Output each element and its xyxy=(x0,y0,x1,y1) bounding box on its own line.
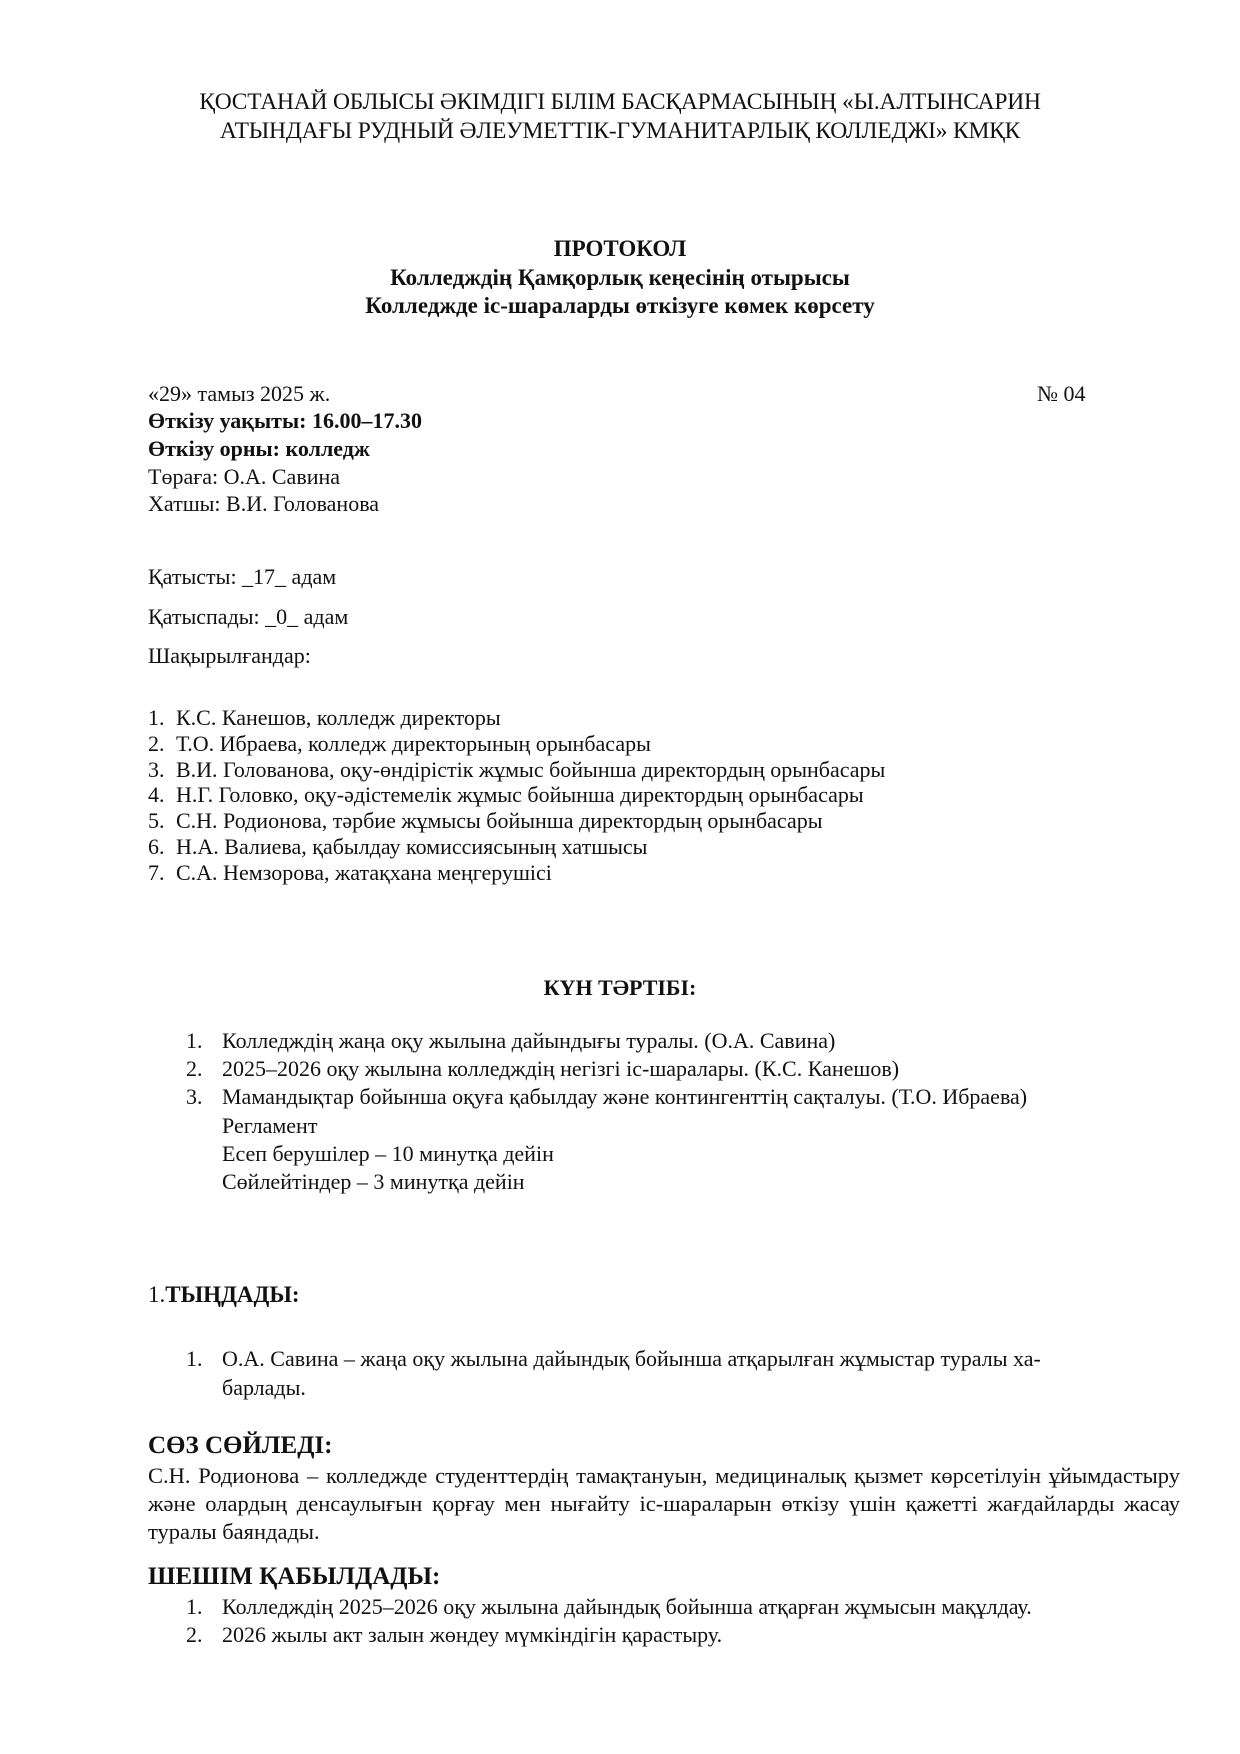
agenda-item-number: 1. xyxy=(186,1027,203,1054)
decision-item-text: 2026 жылы акт залын жөндеу мүмкіндігін қ… xyxy=(222,1621,722,1648)
agenda-item-number: 3. xyxy=(186,1083,203,1110)
section-1-number: 1. xyxy=(148,1282,165,1307)
chairperson: Төраға: О.А. Савина xyxy=(148,463,340,490)
regulation-speakers: Сөйлейтіндер – 3 минутқа дейін xyxy=(222,1168,525,1195)
invited-item-number: 5. xyxy=(148,807,165,834)
regulation-reporters: Есеп берушілер – 10 минутқа дейін xyxy=(222,1140,554,1167)
agenda-item-text: Колледждің жаңа оқу жылына дайындығы тур… xyxy=(222,1027,835,1054)
attendance-present-label: Қатысты xyxy=(148,564,230,589)
agenda-item-text: Мамандықтар бойынша оқуға қабылдау және … xyxy=(222,1083,1027,1110)
regulation-label: Регламент xyxy=(222,1112,317,1139)
attendance-present-value: : _17_ адам xyxy=(230,564,336,589)
attendance-absent: Қатыспады: _0_ адам xyxy=(148,603,348,630)
invited-item-text: С.Н. Родионова, тәрбие жұмысы бойынша ди… xyxy=(176,807,823,834)
speech-heading: СӨЗ СӨЙЛЕДІ: xyxy=(148,1431,332,1461)
invited-item-text: С.А. Немзорова, жатақхана меңгерушісі xyxy=(176,859,552,886)
protocol-subtitle-1: Колледждің Қамқорлық кеңесінің отырысы xyxy=(0,263,1240,292)
meeting-date: «29» тамыз 2025 ж. xyxy=(148,380,330,407)
protocol-title: ПРОТОКОЛ xyxy=(0,234,1240,263)
agenda-title: КҮН ТӘРТІБІ: xyxy=(0,974,1240,1001)
agenda-item-text: 2025–2026 оқу жылына колледждің негізгі … xyxy=(222,1055,899,1082)
invited-label: Шақырылғандар: xyxy=(148,642,311,669)
invited-item-number: 7. xyxy=(148,859,165,886)
speech-text: С.Н. Родионова – колледжде студенттердің… xyxy=(148,1462,1180,1546)
invited-item-number: 2. xyxy=(148,730,165,757)
document-page: ҚОСТАНАЙ ОБЛЫСЫ ӘКІМДІГІ БІЛІМ БАСҚАРМАС… xyxy=(0,0,1240,1754)
org-name-line-2: АТЫНДАҒЫ РУДНЫЙ ӘЛЕУМЕТТІК-ГУМАНИТАРЛЫҚ … xyxy=(0,117,1240,146)
invited-item-number: 3. xyxy=(148,756,165,783)
invited-item-text: Н.Г. Головко, оқу-әдістемелік жұмыс бойы… xyxy=(176,781,864,808)
decision-heading: ШЕШІМ ҚАБЫЛДАДЫ: xyxy=(148,1562,440,1592)
section-1-title: ТЫҢДАДЫ: xyxy=(165,1282,299,1307)
invited-item-number: 6. xyxy=(148,833,165,860)
protocol-number: № 04 xyxy=(1037,380,1086,407)
agenda-item-number: 2. xyxy=(186,1055,203,1082)
invited-item-number: 1. xyxy=(148,704,165,731)
invited-item-text: В.И. Голованова, оқу-өндірістік жұмыс бо… xyxy=(176,756,885,783)
secretary: Хатшы: В.И. Голованова xyxy=(148,490,379,517)
org-name-line-1: ҚОСТАНАЙ ОБЛЫСЫ ӘКІМДІГІ БІЛІМ БАСҚАРМАС… xyxy=(0,88,1240,117)
decision-item-text: Колледждің 2025–2026 оқу жылына дайындық… xyxy=(222,1593,1032,1620)
protocol-subtitle-2: Колледжде іс-шараларды өткізуге көмек кө… xyxy=(0,291,1240,320)
invited-item-text: Н.А. Валиева, қабылдау комиссиясының хат… xyxy=(176,833,647,860)
meeting-place: Өткізу орны: колледж xyxy=(148,435,370,462)
decision-item-number: 1. xyxy=(186,1593,203,1620)
listened-item-line-1: О.А. Савина – жаңа оқу жылына дайындық б… xyxy=(222,1345,1041,1372)
section-1-heading: 1.ТЫҢДАДЫ: xyxy=(148,1281,300,1308)
decision-item-number: 2. xyxy=(186,1621,203,1648)
invited-item-number: 4. xyxy=(148,781,165,808)
listened-item-line-2: барлады. xyxy=(222,1374,306,1401)
meeting-time: Өткізу уақыты: 16.00–17.30 xyxy=(148,407,422,434)
invited-item-text: Т.О. Ибраева, колледж директорының орынб… xyxy=(176,730,651,757)
attendance-present: Қатысты: _17_ адам xyxy=(148,563,336,590)
invited-item-text: К.С. Канешов, колледж директоры xyxy=(176,704,501,731)
listened-item-number: 1. xyxy=(186,1345,203,1372)
